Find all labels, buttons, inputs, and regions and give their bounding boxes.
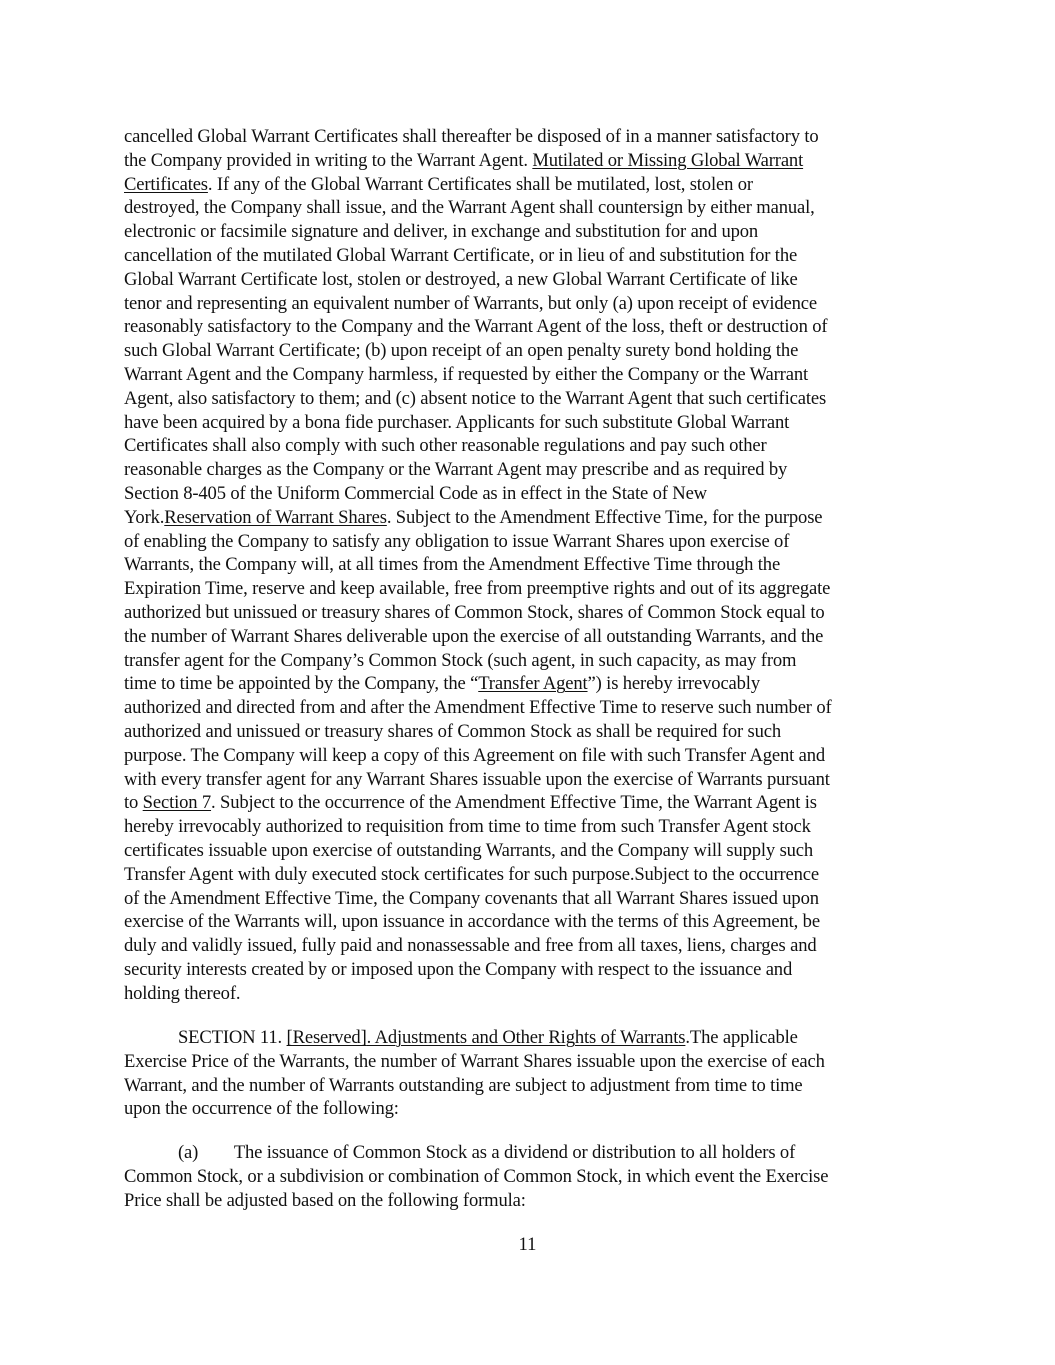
text-run: the Company provided in writing to the W… xyxy=(124,150,532,171)
text-run: reasonably satisfactory to the Company a… xyxy=(124,316,827,337)
text-run: cancelled Global Warrant Certificates sh… xyxy=(124,126,819,147)
text-run: transfer agent for the Company’s Common … xyxy=(124,650,796,671)
text-run: ”) is hereby irrevocably xyxy=(588,673,760,694)
text-line: hereby irrevocably authorized to requisi… xyxy=(124,815,811,839)
text-run: Transfer Agent with duly executed stock … xyxy=(124,864,819,885)
document-page: cancelled Global Warrant Certificates sh… xyxy=(0,0,1055,1365)
text-line: reasonable charges as the Company or the… xyxy=(124,458,787,482)
text-run: . If any of the Global Warrant Certifica… xyxy=(208,174,753,195)
underlined-heading: Section 7 xyxy=(143,792,211,813)
text-line: Section 8-405 of the Uniform Commercial … xyxy=(124,482,707,506)
text-run: (a) The issuance of Common Stock as a di… xyxy=(124,1142,795,1163)
text-line: Warrant, and the number of Warrants outs… xyxy=(124,1074,803,1098)
text-line: Warrant Agent and the Company harmless, … xyxy=(124,363,808,387)
text-run: upon the occurrence of the following: xyxy=(124,1098,399,1119)
text-run: Warrants, the Company will, at all times… xyxy=(124,554,780,575)
text-line: Certificates. If any of the Global Warra… xyxy=(124,173,753,197)
text-run: Common Stock, or a subdivision or combin… xyxy=(124,1166,828,1187)
text-run: tenor and representing an equivalent num… xyxy=(124,293,817,314)
text-line: destroyed, the Company shall issue, and … xyxy=(124,196,815,220)
text-run: the number of Warrant Shares deliverable… xyxy=(124,626,823,647)
text-run: SECTION 11. xyxy=(124,1027,287,1048)
text-run: have been acquired by a bona fide purcha… xyxy=(124,412,789,433)
text-run: reasonable charges as the Company or the… xyxy=(124,459,787,480)
text-line: Warrants, the Company will, at all times… xyxy=(124,553,780,577)
text-run: destroyed, the Company shall issue, and … xyxy=(124,197,815,218)
page-number: 11 xyxy=(0,1233,1055,1257)
text-line: Transfer Agent with duly executed stock … xyxy=(124,863,819,887)
underlined-heading: . Adjustments and Other Rights of Warran… xyxy=(367,1027,686,1048)
text-line: Common Stock, or a subdivision or combin… xyxy=(124,1165,828,1189)
text-line: duly and validly issued, fully paid and … xyxy=(124,934,817,958)
text-run: certificates issuable upon exercise of o… xyxy=(124,840,813,861)
text-line: cancellation of the mutilated Global War… xyxy=(124,244,797,268)
text-line: certificates issuable upon exercise of o… xyxy=(124,839,813,863)
text-line: upon the occurrence of the following: xyxy=(124,1097,399,1121)
text-run: Price shall be adjusted based on the fol… xyxy=(124,1190,526,1211)
text-line: holding thereof. xyxy=(124,982,240,1006)
underlined-heading: Certificates xyxy=(124,174,208,195)
text-run: .The applicable xyxy=(685,1027,797,1048)
text-line: have been acquired by a bona fide purcha… xyxy=(124,411,789,435)
text-run: hereby irrevocably authorized to requisi… xyxy=(124,816,811,837)
text-line: security interests created by or imposed… xyxy=(124,958,792,982)
text-line: of the Amendment Effective Time, the Com… xyxy=(124,887,819,911)
text-run: duly and validly issued, fully paid and … xyxy=(124,935,817,956)
text-run: Warrant, and the number of Warrants outs… xyxy=(124,1075,803,1096)
text-run: Global Warrant Certificate lost, stolen … xyxy=(124,269,798,290)
text-line: Agent, also satisfactory to them; and (c… xyxy=(124,387,826,411)
underlined-heading: [Reserved] xyxy=(287,1027,367,1048)
text-run: Exercise Price of the Warrants, the numb… xyxy=(124,1051,825,1072)
text-line: Expiration Time, reserve and keep availa… xyxy=(124,577,830,601)
text-line: cancelled Global Warrant Certificates sh… xyxy=(124,125,819,149)
text-line: Exercise Price of the Warrants, the numb… xyxy=(124,1050,825,1074)
text-run: electronic or facsimile signature and de… xyxy=(124,221,758,242)
text-run: authorized and directed from and after t… xyxy=(124,697,832,718)
text-line: with every transfer agent for any Warran… xyxy=(124,768,830,792)
text-run: Expiration Time, reserve and keep availa… xyxy=(124,578,830,599)
underlined-heading: Mutilated or Missing Global Warrant xyxy=(532,150,803,171)
text-line: Certificates shall also comply with such… xyxy=(124,434,767,458)
text-line: of enabling the Company to satisfy any o… xyxy=(124,530,789,554)
text-line: electronic or facsimile signature and de… xyxy=(124,220,758,244)
text-run: cancellation of the mutilated Global War… xyxy=(124,245,797,266)
text-run: to xyxy=(124,792,143,813)
text-line: such Global Warrant Certificate; (b) upo… xyxy=(124,339,798,363)
text-line: authorized and unissued or treasury shar… xyxy=(124,720,781,744)
text-run: authorized and unissued or treasury shar… xyxy=(124,721,781,742)
text-run: Section 8-405 of the Uniform Commercial … xyxy=(124,483,707,504)
text-line: reasonably satisfactory to the Company a… xyxy=(124,315,827,339)
text-line: time to time be appointed by the Company… xyxy=(124,672,760,696)
text-run: of the Amendment Effective Time, the Com… xyxy=(124,888,819,909)
text-line: (a) The issuance of Common Stock as a di… xyxy=(124,1141,795,1165)
text-line: to Section 7. Subject to the occurrence … xyxy=(124,791,817,815)
text-run: . Subject to the Amendment Effective Tim… xyxy=(387,507,823,528)
text-run: purpose. The Company will keep a copy of… xyxy=(124,745,825,766)
text-line: tenor and representing an equivalent num… xyxy=(124,292,817,316)
text-run: . Subject to the occurrence of the Amend… xyxy=(211,792,817,813)
text-line: the number of Warrant Shares deliverable… xyxy=(124,625,823,649)
text-run: time to time be appointed by the Company… xyxy=(124,673,478,694)
text-run: of enabling the Company to satisfy any o… xyxy=(124,531,789,552)
text-line: the Company provided in writing to the W… xyxy=(124,149,803,173)
text-line: authorized but unissued or treasury shar… xyxy=(124,601,825,625)
text-line: Global Warrant Certificate lost, stolen … xyxy=(124,268,798,292)
text-run: Warrant Agent and the Company harmless, … xyxy=(124,364,808,385)
text-run: holding thereof. xyxy=(124,983,240,1004)
text-line: transfer agent for the Company’s Common … xyxy=(124,649,796,673)
text-run: with every transfer agent for any Warran… xyxy=(124,769,830,790)
text-line: SECTION 11. [Reserved]. Adjustments and … xyxy=(124,1026,798,1050)
text-line: Price shall be adjusted based on the fol… xyxy=(124,1189,526,1213)
text-run: authorized but unissued or treasury shar… xyxy=(124,602,825,623)
text-run: exercise of the Warrants will, upon issu… xyxy=(124,911,820,932)
text-run: York. xyxy=(124,507,164,528)
text-line: exercise of the Warrants will, upon issu… xyxy=(124,910,820,934)
text-run: Agent, also satisfactory to them; and (c… xyxy=(124,388,826,409)
text-run: such Global Warrant Certificate; (b) upo… xyxy=(124,340,798,361)
text-line: York.Reservation of Warrant Shares. Subj… xyxy=(124,506,822,530)
underlined-heading: Transfer Agent xyxy=(478,673,587,694)
text-line: purpose. The Company will keep a copy of… xyxy=(124,744,825,768)
text-line: authorized and directed from and after t… xyxy=(124,696,832,720)
text-run: Certificates shall also comply with such… xyxy=(124,435,767,456)
underlined-heading: Reservation of Warrant Shares xyxy=(164,507,387,528)
text-run: security interests created by or imposed… xyxy=(124,959,792,980)
